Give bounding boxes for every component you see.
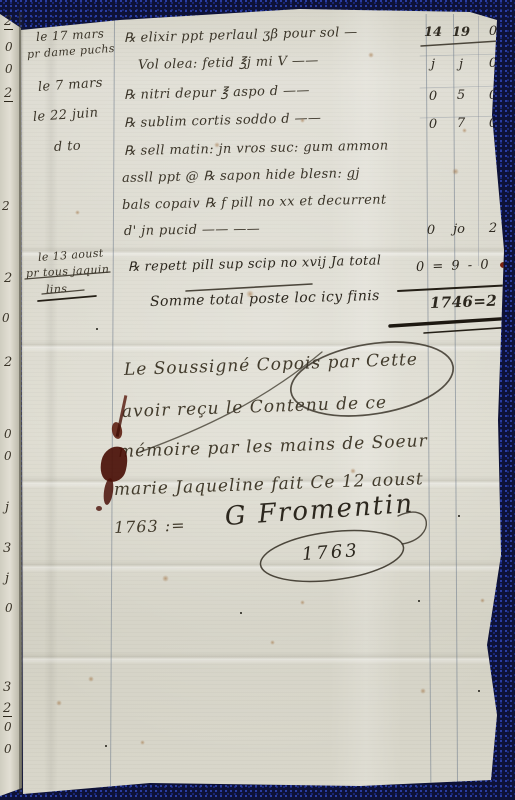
total-amount: 0 = 9 - 0	[416, 257, 491, 275]
underline-total2-thin	[424, 327, 515, 333]
foxing-spot	[75, 210, 80, 215]
amount-sols: jo	[446, 222, 472, 237]
date-note: le 22 juin	[32, 105, 98, 125]
edge-digit: 0	[4, 720, 12, 734]
total-amount: 1746=2	[430, 292, 498, 312]
foxing-spot	[56, 700, 62, 706]
edge-digit: 3	[3, 541, 12, 556]
foxing-spot	[462, 128, 467, 133]
amount-sols: 5	[448, 88, 474, 103]
edge-digit: j	[5, 500, 9, 515]
edge-digit: 2	[4, 86, 13, 102]
manuscript-page: le 17 mars pr dame puchs le 7 mars le 22…	[0, 0, 515, 800]
foxing-spot	[350, 468, 356, 474]
sheet-edge-shadow	[19, 12, 24, 794]
edge-digit: 0	[5, 601, 13, 615]
foxing-spot	[368, 52, 374, 58]
speck	[458, 515, 460, 517]
red-mark	[500, 262, 507, 268]
edge-digit: 2	[4, 355, 13, 370]
amount-deniers: 2	[480, 221, 506, 236]
edge-digit: j	[5, 571, 9, 586]
foxing-spot	[300, 600, 305, 605]
foxing-spot	[420, 688, 426, 694]
foxing-spot	[162, 575, 169, 582]
edge-digit: 2	[4, 271, 13, 286]
entry-line: ℞ elixir ppt perlaul ʒβ pour sol —	[124, 25, 358, 46]
amount-deniers: 0	[480, 88, 506, 103]
date-note: lins	[46, 282, 68, 296]
foxing-spot	[480, 598, 485, 603]
speck	[105, 745, 107, 747]
underline-row1	[421, 41, 499, 46]
amount-sols: 7	[448, 116, 474, 131]
foxing-spot	[246, 290, 254, 298]
amount-deniers: 0	[480, 56, 506, 71]
amount-deniers: 0	[480, 116, 506, 131]
entry-line: assll ppt @ ℞ sapon hide blesn: gj	[122, 166, 360, 186]
amount-sols: j	[448, 57, 474, 72]
amount-livres: 0	[420, 89, 446, 104]
photo-of-manuscript: 2 0 0 2 2 2 0 2 0 0 j 3 j 0 3 2 0 0 le 1…	[0, 0, 515, 800]
entry-line: d' jn pucid —— ——	[124, 222, 260, 239]
speck	[240, 612, 242, 614]
speck	[96, 328, 98, 330]
foxing-spot	[452, 168, 459, 175]
entry-line: Vol olea: fetid ℥j mi V ——	[138, 53, 319, 73]
edge-digit: 0	[4, 449, 12, 463]
amount-livres: 14	[420, 25, 446, 40]
foxing-spot	[270, 640, 275, 645]
amount-sols: 19	[448, 25, 474, 40]
amount-livres: 0	[420, 117, 446, 132]
underline-total1	[398, 285, 514, 291]
edge-digit: 0	[5, 62, 13, 76]
edge-digit: 0	[4, 742, 12, 756]
signature-year: 1763	[301, 540, 360, 565]
speck	[478, 690, 480, 692]
edge-digit: 2	[2, 199, 10, 213]
ink-blot	[96, 506, 102, 511]
attestation-date: 1763 :=	[114, 516, 186, 537]
amount-deniers: 0	[480, 24, 506, 39]
underline-total2-heavy	[390, 318, 515, 326]
foxing-spot	[140, 740, 145, 745]
crease-line	[22, 560, 505, 572]
speck	[418, 600, 420, 602]
date-note: pr tous jaquin	[26, 263, 110, 280]
edge-digit: 0	[2, 311, 10, 325]
foxing-spot	[88, 676, 94, 682]
edge-digit: 2	[3, 701, 12, 717]
amount-livres: 0	[418, 223, 444, 238]
entry-line: ℞ sublim cortis soddo d ——	[124, 111, 322, 131]
date-note: le 7 mars	[37, 75, 103, 94]
foxing-spot	[300, 118, 305, 123]
edge-digit: 2	[4, 14, 13, 30]
date-note: le 17 mars	[36, 26, 105, 44]
edge-digit: 0	[5, 40, 13, 54]
fold-shadow	[44, 14, 58, 790]
column-rule-dates	[110, 18, 115, 790]
edge-digit: 3	[3, 680, 12, 695]
column-rule-deniers	[478, 16, 479, 266]
edge-digit: 0	[4, 427, 12, 441]
entry-line: ℞ nitri depur ℥ aspo d ——	[124, 83, 310, 103]
crease-line	[22, 340, 505, 352]
crease-line	[22, 652, 505, 664]
date-note: pr dame puchs	[27, 42, 116, 61]
date-note: d to	[54, 139, 82, 155]
amount-livres: j	[420, 57, 446, 72]
foxing-spot	[214, 142, 220, 148]
